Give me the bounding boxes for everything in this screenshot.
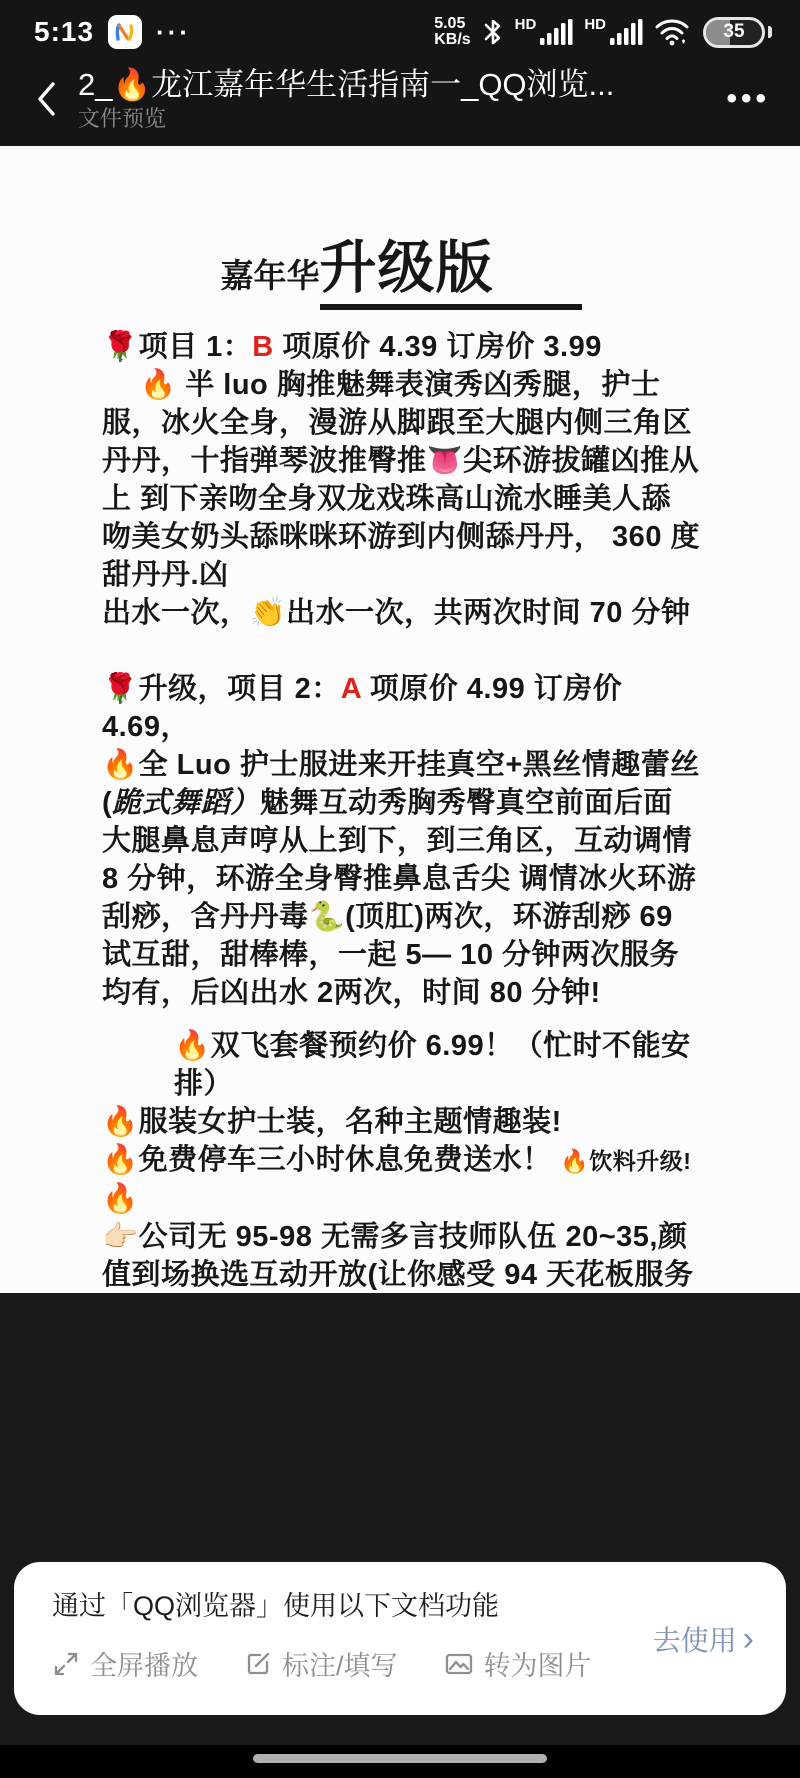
p2-lead: 🌹升级，项目 2： (102, 673, 341, 705)
p2-italic: 跪式舞蹈） (112, 787, 260, 819)
qq-browser-bottom-sheet: 通过「QQ浏览器」使用以下文档功能 全屏播放 标注/填写 转为图片 (14, 1562, 786, 1715)
home-indicator-handle[interactable] (253, 1754, 547, 1763)
network-speed: 5.05 KB/s (434, 16, 470, 48)
p2-highlight: A (341, 673, 361, 705)
clock-time: 5:13 (34, 16, 94, 48)
document-title-small: 嘉年华 (221, 257, 320, 294)
sim1-signal: HD (515, 18, 574, 46)
p1-body: 🔥 半 luo 胸推魅舞表演秀凶秀腿，护士服，冰火全身，漫游从脚跟至大腿内侧三角… (102, 366, 700, 594)
document-title: 嘉年华升级版 (102, 222, 700, 310)
fullscreen-play-button[interactable]: 全屏播放 (52, 1644, 198, 1683)
convert-to-image-label: 转为图片 (484, 1644, 592, 1683)
battery-icon: 35 (703, 17, 765, 48)
battery-percent: 35 (723, 21, 744, 43)
signal-bars-icon (609, 18, 643, 46)
battery-nub (768, 26, 772, 38)
p1-highlight: B (252, 331, 273, 363)
to-image-icon (444, 1650, 474, 1678)
back-button[interactable] (22, 69, 70, 129)
notification-dots-icon: ··· (156, 17, 191, 48)
p2-seg2: 魅舞互动秀胸秀臀真空前面后面大腿鼻息声哼从上到下，到三角区，互动调情 8 分钟，… (102, 787, 696, 1009)
offer-parking: 🔥免费停车三小时休息免费送水！ 🔥饮料升级! 🔥 (102, 1141, 700, 1218)
notification-app-icon (108, 15, 142, 49)
network-speed-value: 5.05 (434, 16, 470, 32)
wifi-icon (654, 17, 692, 47)
network-speed-unit: KB/s (434, 32, 470, 48)
p5-small: 🔥饮料升级! (560, 1148, 691, 1174)
document-body: 🌹项目 1：B 项原价 4.39 订房价 3.99 🔥 半 luo 胸推魅舞表演… (102, 328, 700, 1293)
sim2-signal: HD (584, 18, 643, 46)
p5-seg1: 🔥免费停车三小时休息免费送水！ (102, 1144, 560, 1176)
hd-voice-icon: HD (584, 16, 606, 33)
chevron-right-icon: › (743, 1625, 754, 1653)
offer-costume: 🔥服装女护士装，名种主题情趣装! (102, 1103, 700, 1141)
sheet-title: 通过「QQ浏览器」使用以下文档功能 (52, 1589, 752, 1623)
document-title-underline: 升级版 (320, 222, 582, 310)
fullscreen-icon (52, 1650, 80, 1678)
offer-combo: 🔥双飞套餐预约价 6.99！（忙时不能安排） (102, 1027, 700, 1103)
p1-rest: 项原价 4.39 订房价 3.99 (274, 331, 602, 363)
hd-voice-icon: HD (515, 16, 537, 33)
sheet-actions-row: 全屏播放 标注/填写 转为图片 (52, 1644, 752, 1683)
paragraph-project-1: 🌹项目 1：B 项原价 4.39 订房价 3.99 🔥 半 luo 胸推魅舞表演… (102, 328, 700, 632)
annotate-icon (244, 1650, 272, 1678)
signal-bars-icon (539, 18, 573, 46)
p2-body: 🔥全 Luo 护士服进来开挂真空+黑丝情趣蕾丝(跪式舞蹈）魅舞互动秀胸秀臀真空前… (102, 746, 700, 1012)
go-use-button[interactable]: 去使用 › (653, 1619, 754, 1659)
annotate-fill-label: 标注/填写 (282, 1644, 398, 1683)
status-bar: 5:13 ··· 5.05 KB/s HD (0, 0, 800, 58)
fullscreen-play-label: 全屏播放 (90, 1644, 198, 1683)
document-page[interactable]: 嘉年华升级版 🌹项目 1：B 项原价 4.39 订房价 3.99 🔥 半 luo… (0, 146, 800, 1293)
file-title: 2_🔥龙江嘉年华生活指南一_QQ浏览... (78, 66, 722, 104)
more-menu-button[interactable]: ••• (722, 82, 774, 116)
convert-to-image-button[interactable]: 转为图片 (444, 1644, 592, 1683)
file-preview-label: 文件预览 (78, 106, 722, 132)
annotate-fill-button[interactable]: 标注/填写 (244, 1644, 398, 1683)
offer-staff: 👉🏻公司无 95-98 无需多言技师队伍 20~35,颜值到场换选互动开放(让你… (102, 1218, 700, 1293)
paragraph-offers: 🔥双飞套餐预约价 6.99！（忙时不能安排） 🔥服装女护士装，名种主题情趣装! … (102, 1027, 700, 1293)
p5-tail: 🔥 (102, 1183, 139, 1215)
paragraph-project-2: 🌹升级，项目 2：A 项原价 4.99 订房价 4.69， 🔥全 Luo 护士服… (102, 670, 700, 1012)
header-titles: 2_🔥龙江嘉年华生活指南一_QQ浏览... 文件预览 (78, 66, 722, 132)
p1-lead: 🌹项目 1： (102, 331, 252, 363)
app-logo-icon (113, 20, 137, 44)
document-title-large: 升级版 (320, 236, 494, 300)
file-preview-header: 2_🔥龙江嘉年华生活指南一_QQ浏览... 文件预览 ••• (0, 58, 800, 146)
p1-tail: 出水一次，👏出水一次，共两次时间 70 分钟 (102, 594, 700, 632)
go-use-label: 去使用 (653, 1619, 737, 1659)
back-chevron-icon (35, 81, 57, 117)
bluetooth-icon (482, 17, 504, 47)
